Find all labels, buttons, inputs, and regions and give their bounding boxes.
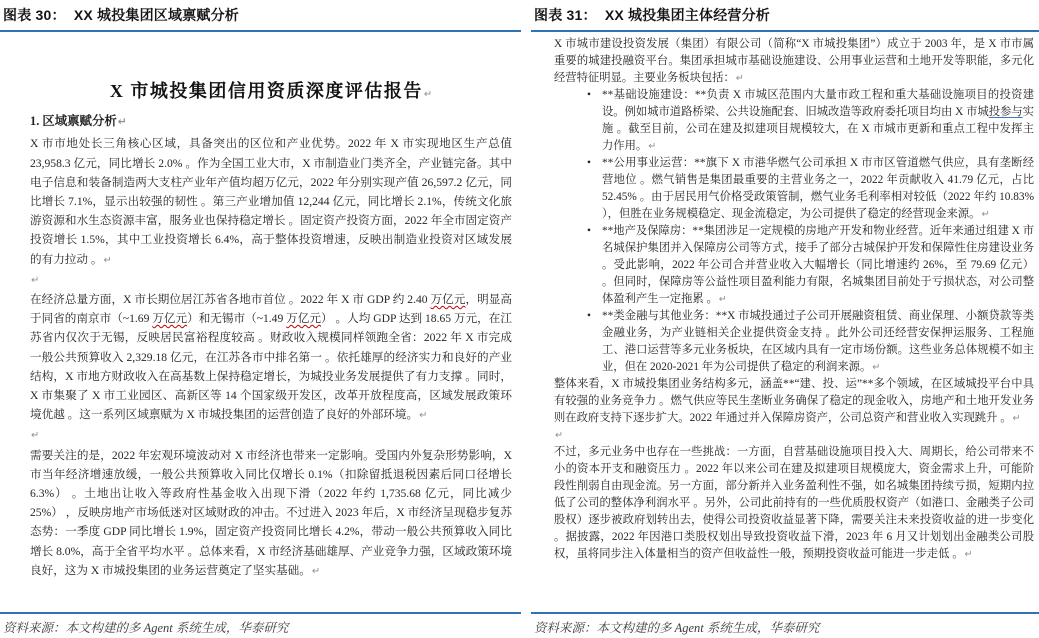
text-run: 不过，多元业务中也存在一些挑战：一方面，自营基础设施项目投入大、周期长，给公司带… <box>554 446 1034 560</box>
paragraph: X 市城市建设投资发展（集团）有限公司（简称“X 市城投集团”）成立于 2003… <box>554 36 1034 87</box>
paragraph: 整体来看，X 市城投集团业务结构多元，涵盖**“建、投、运”**多个领域，在区域… <box>554 376 1034 427</box>
text-run: **地产及保障房：**集团涉足一定规模的房地产开发和物业经营。近年来通过组建 X… <box>602 225 1034 305</box>
paragraph-mark-icon: ↵ <box>117 116 127 128</box>
text-run: **公用事业运营：**旗下 X 市港华燃气公司承担 X 市市区管道燃气供应，具有… <box>602 157 1034 220</box>
figure-30-source-row: 资料来源：本文构建的多 Agent 系统生成，华泰研究 <box>0 612 521 638</box>
red-underlined-text: 万亿元 <box>286 312 321 325</box>
blank-line: ↵ <box>30 270 512 290</box>
text-run: X 市城市建设投资发展（集团）有限公司（简称“X 市城投集团”）成立于 2003… <box>554 38 1034 84</box>
document-body: X 市城市建设投资发展（集团）有限公司（简称“X 市城投集团”）成立于 2003… <box>554 36 1034 563</box>
figure-30-title: 图表 30： XX 城投集团区域禀赋分析 <box>0 0 521 32</box>
paragraph-mark-icon: ↵ <box>871 362 880 373</box>
paragraph-mark-icon: ↵ <box>647 141 656 152</box>
bullet-item: •**类金融与其他业务：**X 市城投通过子公司开展融资租赁、商业保理、小额贷款… <box>554 308 1034 376</box>
paragraph-mark-icon: ↵ <box>423 89 432 100</box>
paragraph-mark-icon: ↵ <box>30 430 39 441</box>
bullet-text: **基础设施建设：**负责 X 市城区范围内大量市政工程和重大基础设施项目的投资… <box>602 87 1034 155</box>
bullet-text: **地产及保障房：**集团涉足一定规模的房地产开发和物业经营。近年来通过组建 X… <box>602 223 1034 308</box>
bullet-icon: • <box>587 87 602 155</box>
paragraph-mark-icon: ↵ <box>418 410 427 421</box>
text-run: 整体来看，X 市城投集团业务结构多元，涵盖**“建、投、运”**多个领域，在区域… <box>554 378 1034 424</box>
blank-line: ↵ <box>30 425 512 445</box>
text-run: 需要关注的是，2022 年宏观环境波动对 X 市经济也带来一定影响。受国内外复杂… <box>30 449 512 577</box>
bullet-item: •**基础设施建设：**负责 X 市城区范围内大量市政工程和重大基础设施项目的投… <box>554 87 1034 155</box>
text-run: ） 。人均 GDP 达到 18.65 万元，在江苏省内仅次于无锡，反映居民富裕程… <box>30 312 512 421</box>
paragraph-mark-icon: ↵ <box>30 275 39 286</box>
text-run: **类金融与其他业务：**X 市城投通过子公司开展融资租赁、商业保理、小额贷款等… <box>602 310 1034 373</box>
text-run: ）和无锡市（~1.49 <box>187 312 286 325</box>
blank-line: ↵ <box>554 427 1034 444</box>
source-text: 资料来源：本文构建的多 Agent 系统生成，华泰研究 <box>3 621 288 635</box>
paragraph-mark-icon: ↵ <box>980 209 989 220</box>
figure-30-document: X 市城投集团信用资质深度评估报告↵ 1. 区域禀赋分析↵X 市市地处长三角核心… <box>0 32 521 612</box>
paragraph-mark-icon: ↵ <box>964 549 973 560</box>
text-run: 在经济总量方面，X 市长期位居江苏省各地市首位 。2022 年 X 市 GDP … <box>30 293 431 306</box>
paragraph-mark-icon: ↵ <box>554 430 563 441</box>
bullet-item: •**公用事业运营：**旗下 X 市港华燃气公司承担 X 市市区管道燃气供应，具… <box>554 155 1034 223</box>
blue-underlined-text: 投参与 <box>989 106 1023 118</box>
figure-31-source-row: 资料来源：本文构建的多 Agent 系统生成，华泰研究 <box>531 612 1039 638</box>
figure-31-panel: 图表 31： XX 城投集团主体经营分析 X 市城市建设投资发展（集团）有限公司… <box>531 0 1039 638</box>
text-run: 1. 区域禀赋分析 <box>30 114 117 128</box>
source-text: 资料来源：本文构建的多 Agent 系统生成，华泰研究 <box>534 621 819 635</box>
bullet-icon: • <box>587 308 602 376</box>
bullet-icon: • <box>587 223 602 308</box>
paragraph-mark-icon: ↵ <box>718 294 727 305</box>
paragraph-mark-icon: ↵ <box>311 566 320 577</box>
bullet-item: •**地产及保障房：**集团涉足一定规模的房地产开发和物业经营。近年来通过组建 … <box>554 223 1034 308</box>
paragraph: 不过，多元业务中也存在一些挑战：一方面，自营基础设施项目投入大、周期长，给公司带… <box>554 444 1034 563</box>
section-heading: 1. 区域禀赋分析↵ <box>30 112 512 132</box>
figure-30-panel: 图表 30： XX 城投集团区域禀赋分析 X 市城投集团信用资质深度评估报告↵ … <box>0 0 521 638</box>
bullet-icon: • <box>587 155 602 223</box>
bullet-text: **类金融与其他业务：**X 市城投通过子公司开展融资租赁、商业保理、小额贷款等… <box>602 308 1034 376</box>
paragraph: 需要关注的是，2022 年宏观环境波动对 X 市经济也带来一定影响。受国内外复杂… <box>30 446 512 581</box>
document-title-row: X 市城投集团信用资质深度评估报告↵ <box>30 82 512 104</box>
report-figures-page: 图表 30： XX 城投集团区域禀赋分析 X 市城投集团信用资质深度评估报告↵ … <box>0 0 1039 638</box>
text-run: X 市市地处长三角核心区域，具备突出的区位和产业优势。2022 年 X 市实现地… <box>30 137 512 265</box>
red-underlined-text: 万亿元 <box>431 293 466 306</box>
paragraph-mark-icon: ↵ <box>735 73 744 84</box>
figure-31-document: X 市城市建设投资发展（集团）有限公司（简称“X 市城投集团”）成立于 2003… <box>531 32 1039 612</box>
paragraph-mark-icon: ↵ <box>102 255 111 266</box>
paragraph: X 市市地处长三角核心区域，具备突出的区位和产业优势。2022 年 X 市实现地… <box>30 134 512 269</box>
text-run: **基础设施建设：**负责 X 市城区范围内大量市政工程和重大基础设施项目的投资… <box>602 89 1034 118</box>
document-body: 1. 区域禀赋分析↵X 市市地处长三角核心区域，具备突出的区位和产业优势。202… <box>30 112 512 581</box>
document-title: X 市城投集团信用资质深度评估报告 <box>110 81 423 101</box>
paragraph-mark-icon: ↵ <box>1012 413 1021 424</box>
figure-31-title: 图表 31： XX 城投集团主体经营分析 <box>531 0 1039 32</box>
paragraph: 在经济总量方面，X 市长期位居江苏省各地市首位 。2022 年 X 市 GDP … <box>30 290 512 425</box>
bullet-text: **公用事业运营：**旗下 X 市港华燃气公司承担 X 市市区管道燃气供应，具有… <box>602 155 1034 223</box>
red-underlined-text: 万亿元 <box>152 312 187 325</box>
